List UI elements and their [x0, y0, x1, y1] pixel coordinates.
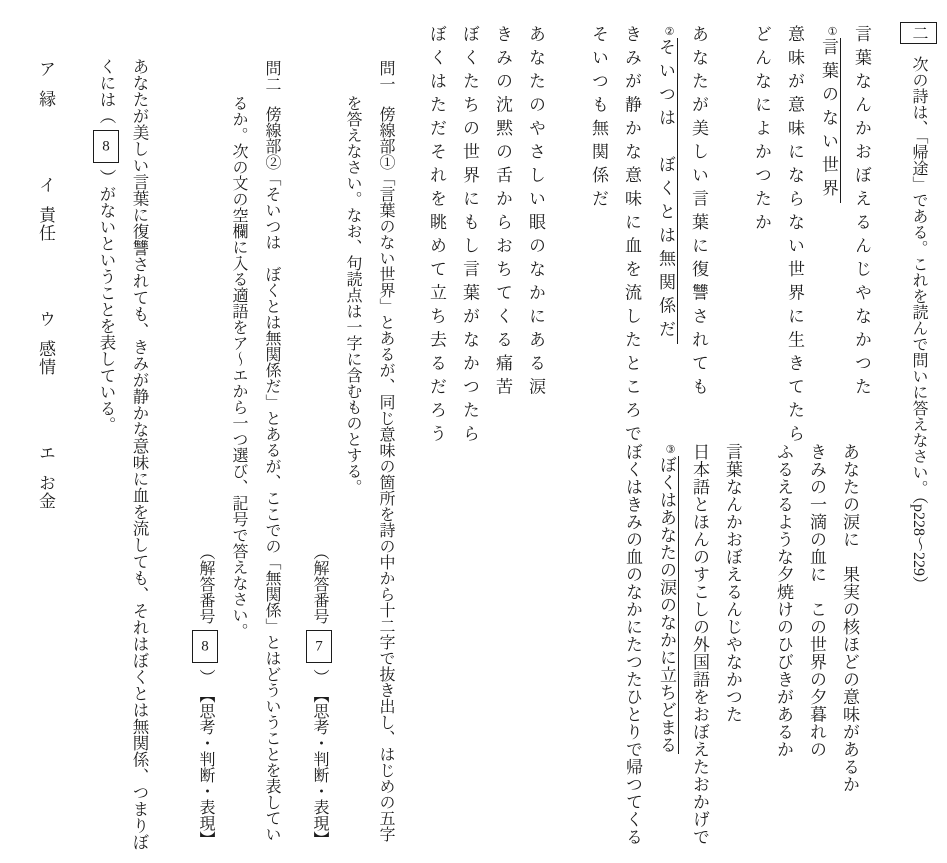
exam-page: 二次の詩は、「帰途」である。これを読んで問いに答えなさい。（p228〜229） …: [0, 0, 947, 863]
poem-line: どんなによかつたか: [745, 25, 778, 448]
blank-number-box-8: 8: [93, 130, 119, 163]
option-e-key: エ: [36, 444, 55, 462]
annotation-number-3: ③: [653, 443, 686, 456]
option-a: ア縁: [36, 60, 55, 108]
poem-line: ぼくはただそれを眺めて立ち去るだろう: [420, 25, 453, 448]
answer-number-prefix: （解答番号: [197, 544, 214, 624]
poem-line-annotated-1: ①言葉のない世界: [811, 25, 845, 448]
question-1-body: 問一傍線部①「言葉のない世界」とあるが、同じ意味の箇所を詩の中から十二字で抜き出…: [369, 60, 402, 847]
poem-line: あなたのやさしい眼のなかにある涙: [519, 25, 552, 448]
option-u-label: 感情: [36, 340, 55, 376]
question-1-label: 問一: [377, 60, 394, 92]
option-a-key: ア: [36, 60, 55, 78]
fill-post-text: ）がないということを表している。: [97, 169, 116, 433]
poem-line: 言葉なんかおぼえるんじやなかつた: [716, 443, 749, 846]
poem-line: きみの沈黙の舌からおちてくる痛苦: [486, 25, 519, 448]
poem-line: ぼくたちの世界にもし言葉がなかつたら: [453, 25, 486, 448]
answer-options: ア縁イ責任ウ感情エお金: [29, 60, 62, 510]
underlined-text-2: そいつは ぼくとは無関係だ: [656, 38, 678, 344]
answer-number-box-7: 7: [306, 630, 332, 663]
poem-line-annotated-3: ③ぼくはあなたの涙のなかに立ちどまる: [649, 443, 683, 846]
annotation-number-2: ②: [652, 25, 685, 38]
question-1: 問一傍線部①「言葉のない世界」とあるが、同じ意味の箇所を詩の中から十二字で抜き出…: [302, 60, 402, 847]
question-2-label: 問二: [263, 60, 280, 92]
poem-line: あなたが美しい言葉に復讐されても: [682, 25, 715, 448]
question-1-body-continued: を答えなさい。なお、句読点は一字に含むものとする。: [336, 95, 369, 847]
question-1-competency-tag: 【思考・判断・表現】: [311, 695, 328, 847]
option-i-label: 責任: [36, 206, 55, 242]
option-a-label: 縁: [36, 90, 55, 108]
poem-line: きみの一滴の血に この世界の夕暮れの: [800, 443, 833, 846]
question-2: 問二傍線部②「そいつは ぼくとは無関係だ」とあるが、ここでの「無関係」とはどうい…: [188, 60, 288, 847]
poem-line: 日本語とほんのすこしの外国語をおぼえたおかげで: [683, 443, 716, 846]
option-i-key: イ: [36, 176, 55, 194]
question-2-body: 問二傍線部②「そいつは ぼくとは無関係だ」とあるが、ここでの「無関係」とはどうい…: [255, 60, 288, 847]
answer-number-suffix: ）: [311, 669, 328, 685]
poem-line: 言葉なんかおぼえるんじやなかつた: [845, 25, 878, 448]
section-header-column: 二次の詩は、「帰途」である。これを読んで問いに答えなさい。（p228〜229）: [901, 22, 935, 592]
question-2-text: 傍線部②「そいつは ぼくとは無関係だ」とあるが、ここでの「無関係」とはどういうこ…: [263, 106, 280, 842]
instruction-text: 次の詩は、「帰途」である。これを読んで問いに答えなさい。（p228〜229）: [910, 56, 927, 592]
question-2-body-continued: るか。次の文の空欄に入る適語をア〜エから一つ選び、記号で答えなさい。: [222, 95, 255, 847]
poem-part-1: 言葉なんかおぼえるんじやなかつた ①言葉のない世界 意味が意味にならない世界に生…: [420, 25, 878, 448]
poem-part-2: あなたの涙に 果実の核ほどの意味があるか きみの一滴の血に この世界の夕暮れの …: [616, 443, 866, 846]
poem-line: ぼくはきみの血のなかにたつたひとりで帰つてくる: [616, 443, 649, 846]
fill-pre-text: くには（: [97, 58, 116, 124]
poem-line: あなたの涙に 果実の核ほどの意味があるか: [833, 443, 866, 846]
section-number-box: 二: [900, 22, 937, 44]
question-2-competency-tag: 【思考・判断・表現】: [197, 695, 214, 847]
option-u-key: ウ: [36, 310, 55, 328]
fill-in-sentence: あなたが美しい言葉に復讐されても、きみが静かな意味に血を流しても、それはぼくとは…: [89, 58, 156, 850]
option-u: ウ感情: [36, 310, 55, 376]
option-e-label: お金: [36, 474, 55, 510]
underlined-text-1: 言葉のない世界: [819, 38, 841, 203]
question-2-answer-line: （解答番号8）【思考・判断・表現】: [188, 544, 222, 847]
question-1-text: 傍線部①「言葉のない世界」とあるが、同じ意味の箇所を詩の中から十二字で抜き出し、…: [377, 106, 394, 842]
options-column: ア縁イ責任ウ感情エお金: [29, 60, 62, 510]
question-1-answer-line: （解答番号7）【思考・判断・表現】: [302, 544, 336, 847]
answer-number-prefix: （解答番号: [311, 544, 328, 624]
answer-number-box-8: 8: [192, 630, 218, 663]
poem-line: 意味が意味にならない世界に生きてたら: [778, 25, 811, 448]
annotation-number-1: ①: [815, 25, 848, 38]
underlined-text-3: ぼくはあなたの涙のなかに立ちどまる: [657, 456, 679, 754]
poem-line-annotated-2: ②そいつは ぼくとは無関係だ: [648, 25, 682, 448]
option-e: エお金: [36, 444, 55, 510]
fill-sentence-line-1: あなたが美しい言葉に復讐されても、きみが静かな意味に血を流しても、それはぼくとは…: [123, 58, 156, 850]
option-i: イ責任: [36, 176, 55, 242]
poem-line: ふるえるような夕焼けのひびきがあるか: [767, 443, 800, 846]
fill-sentence-line-2: くには（8）がないということを表している。: [89, 58, 123, 850]
poem-line: そいつも無関係だ: [582, 25, 615, 448]
answer-number-suffix: ）: [197, 669, 214, 685]
poem-line: きみが静かな意味に血を流したところで: [615, 25, 648, 448]
